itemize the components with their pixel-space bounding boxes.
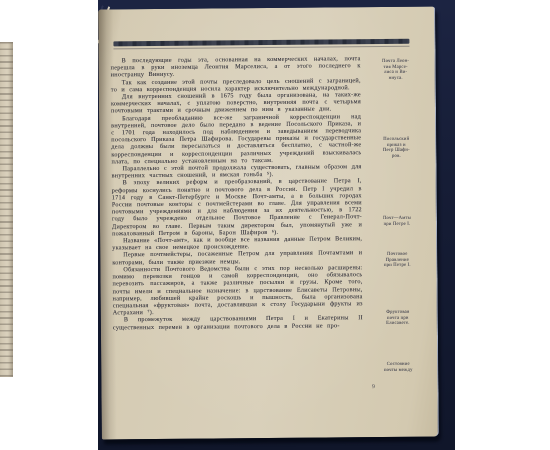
margin-note: Фруктовая почта при Елисавете. xyxy=(363,310,433,327)
margin-note: Посольский приказ и Петр Шафи- ров. xyxy=(361,137,431,160)
paragraph: Обязанности Почтового Ведомства были с э… xyxy=(112,264,362,317)
page-number: 9 xyxy=(363,384,383,390)
paragraph: Благодаря преобладанию все-же загранично… xyxy=(111,113,361,166)
paragraph: В последующие годы эта, основанная на ко… xyxy=(111,55,361,79)
margin-note: Состояние почты между xyxy=(363,362,433,374)
paragraph: В промежуток между царствованиями Петра … xyxy=(113,314,363,331)
margin-note: Почт—Амты при Петре I. xyxy=(362,216,432,228)
book-photo[interactable]: В последующие годы эта, основанная на ко… xyxy=(98,0,455,450)
margin-note: Почта Леон- тия Марсе- лиса и Ви- ниуса. xyxy=(361,59,431,82)
page-header-rule xyxy=(113,46,409,50)
page-text-column: В последующие годы эта, основанная на ко… xyxy=(111,55,363,331)
paragraph: В эпоху великих реформ и преобразований,… xyxy=(112,178,362,238)
paragraph: Для внутренних сношений в 1675 году была… xyxy=(111,91,361,115)
adjacent-photo-sliver xyxy=(0,42,13,377)
margin-note: Почтовое Правление при Петре I. xyxy=(362,252,432,269)
book-product-screenshot: В последующие годы эта, основанная на ко… xyxy=(0,0,550,450)
book-page: В последующие годы эта, основанная на ко… xyxy=(98,7,439,440)
